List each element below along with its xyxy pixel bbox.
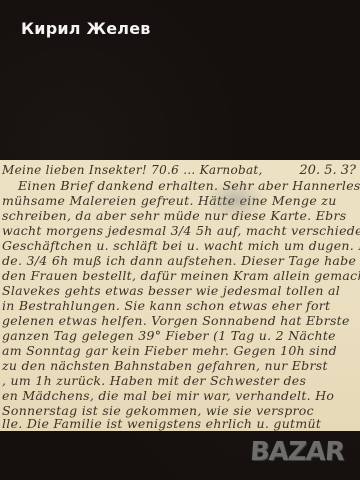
- postcard-line: Slavekes gehts etwas besser wie jedesmal…: [2, 283, 340, 298]
- postcard-line: Einen Brief dankend erhalten. Sehr aber …: [18, 178, 360, 193]
- postcard-line: in Bestrahlungen. Sie kann schon etwas e…: [2, 298, 330, 313]
- postcard-line: wacht morgens jedesmal 3/4 5h auf, macht…: [2, 223, 360, 238]
- postcard-line: de. 3/4 6h muß ich dann aufstehen. Diese…: [2, 253, 360, 268]
- postcard-line: ganzen Tag gelegen 39° Fieber (1 Tag u. …: [2, 328, 336, 343]
- postcard-line: , um 1h zurück. Haben mit der Schwester …: [2, 373, 306, 388]
- postcard-line: gelenen etwas helfen. Vorgen Sonnabend h…: [2, 313, 350, 328]
- postcard-line: schreiben, da aber sehr müde nur diese K…: [2, 208, 346, 223]
- postcard-line: den Frauen bestellt, dafür meinen Kram a…: [2, 268, 360, 283]
- postcard-line: mühsame Malereien gefreut. Hätte eine Me…: [2, 193, 337, 208]
- postcard-date: 20. 5. 3?: [299, 163, 356, 178]
- seller-name: Кирил Желев: [21, 19, 151, 38]
- handwritten-postcard: Meine lieben Insekter! 70.6 ... Karnobat…: [0, 160, 360, 431]
- postcard-greeting-line: Meine lieben Insekter! 70.6 ... Karnobat…: [2, 163, 263, 177]
- bazar-watermark-logo: BAZAR: [249, 437, 345, 467]
- postcard-line: en Mädchens, die mal bei mir war, verhan…: [2, 388, 334, 403]
- postcard-line: lle. Die Familie ist wenigstens ehrlich …: [2, 416, 321, 431]
- postcard-line: am Sonntag gar kein Fieber mehr. Gegen 1…: [2, 343, 337, 358]
- postcard-line: Geschäftchen u. schläft bei u. wacht mic…: [2, 238, 360, 253]
- postcard-line: zu den nächsten Bahnstaben gefahren, nur…: [2, 358, 328, 373]
